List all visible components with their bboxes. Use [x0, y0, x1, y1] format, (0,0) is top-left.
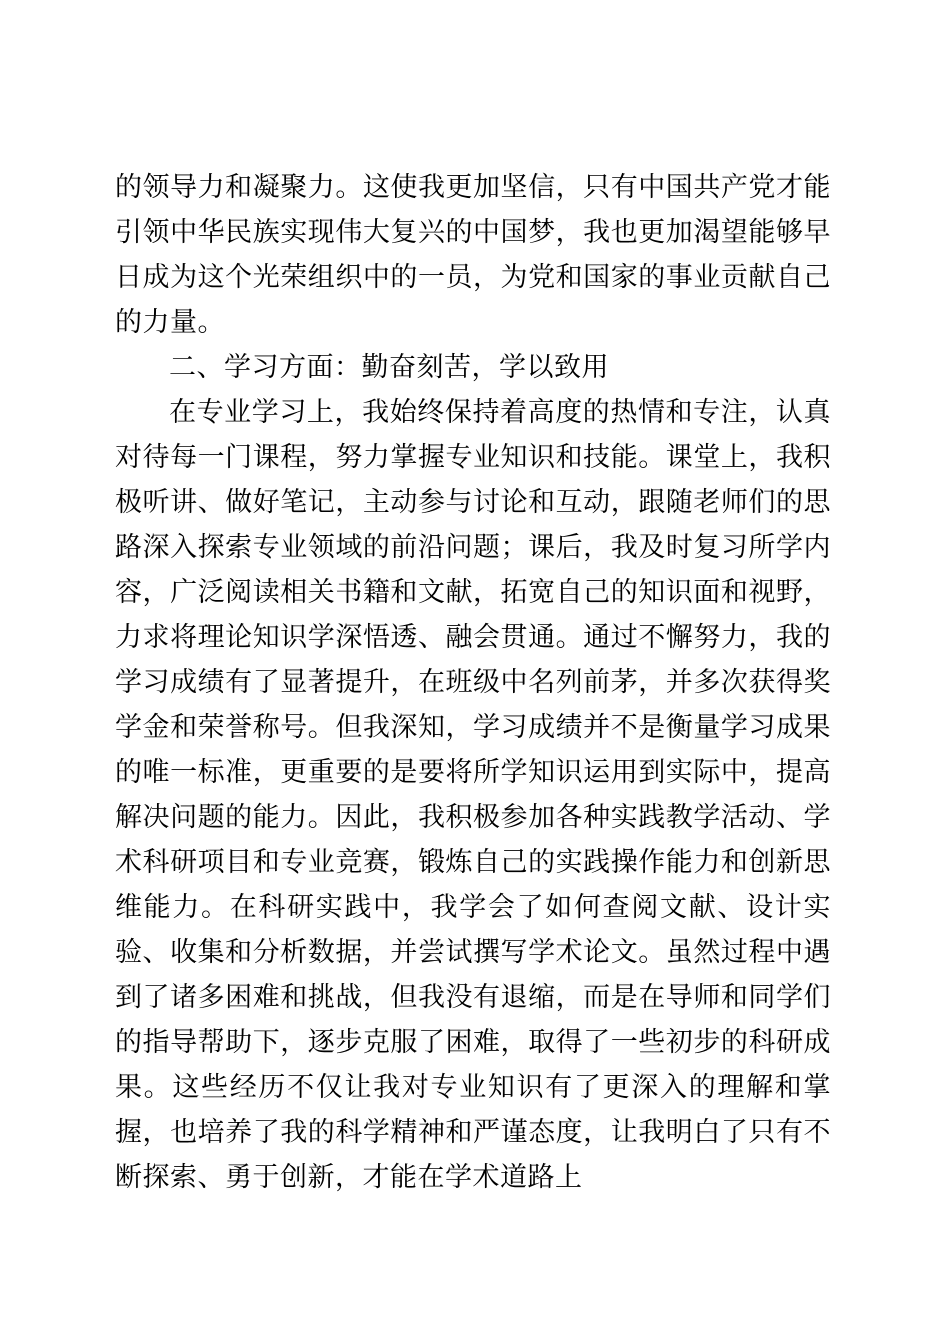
document-text-block: 的领导力和凝聚力。这使我更加坚信，只有中国共产党才能引领中华民族实现伟大复兴的中… [115, 165, 831, 1200]
paragraph-continuation: 的领导力和凝聚力。这使我更加坚信，只有中国共产党才能引领中华民族实现伟大复兴的中… [115, 165, 831, 345]
section-heading-study: 二、学习方面：勤奋刻苦，学以致用 [115, 345, 831, 390]
document-page: 的领导力和凝聚力。这使我更加坚信，只有中国共产党才能引领中华民族实现伟大复兴的中… [0, 0, 950, 1344]
paragraph-study-details: 在专业学习上，我始终保持着高度的热情和专注，认真对待每一门课程，努力掌握专业知识… [115, 390, 831, 1200]
